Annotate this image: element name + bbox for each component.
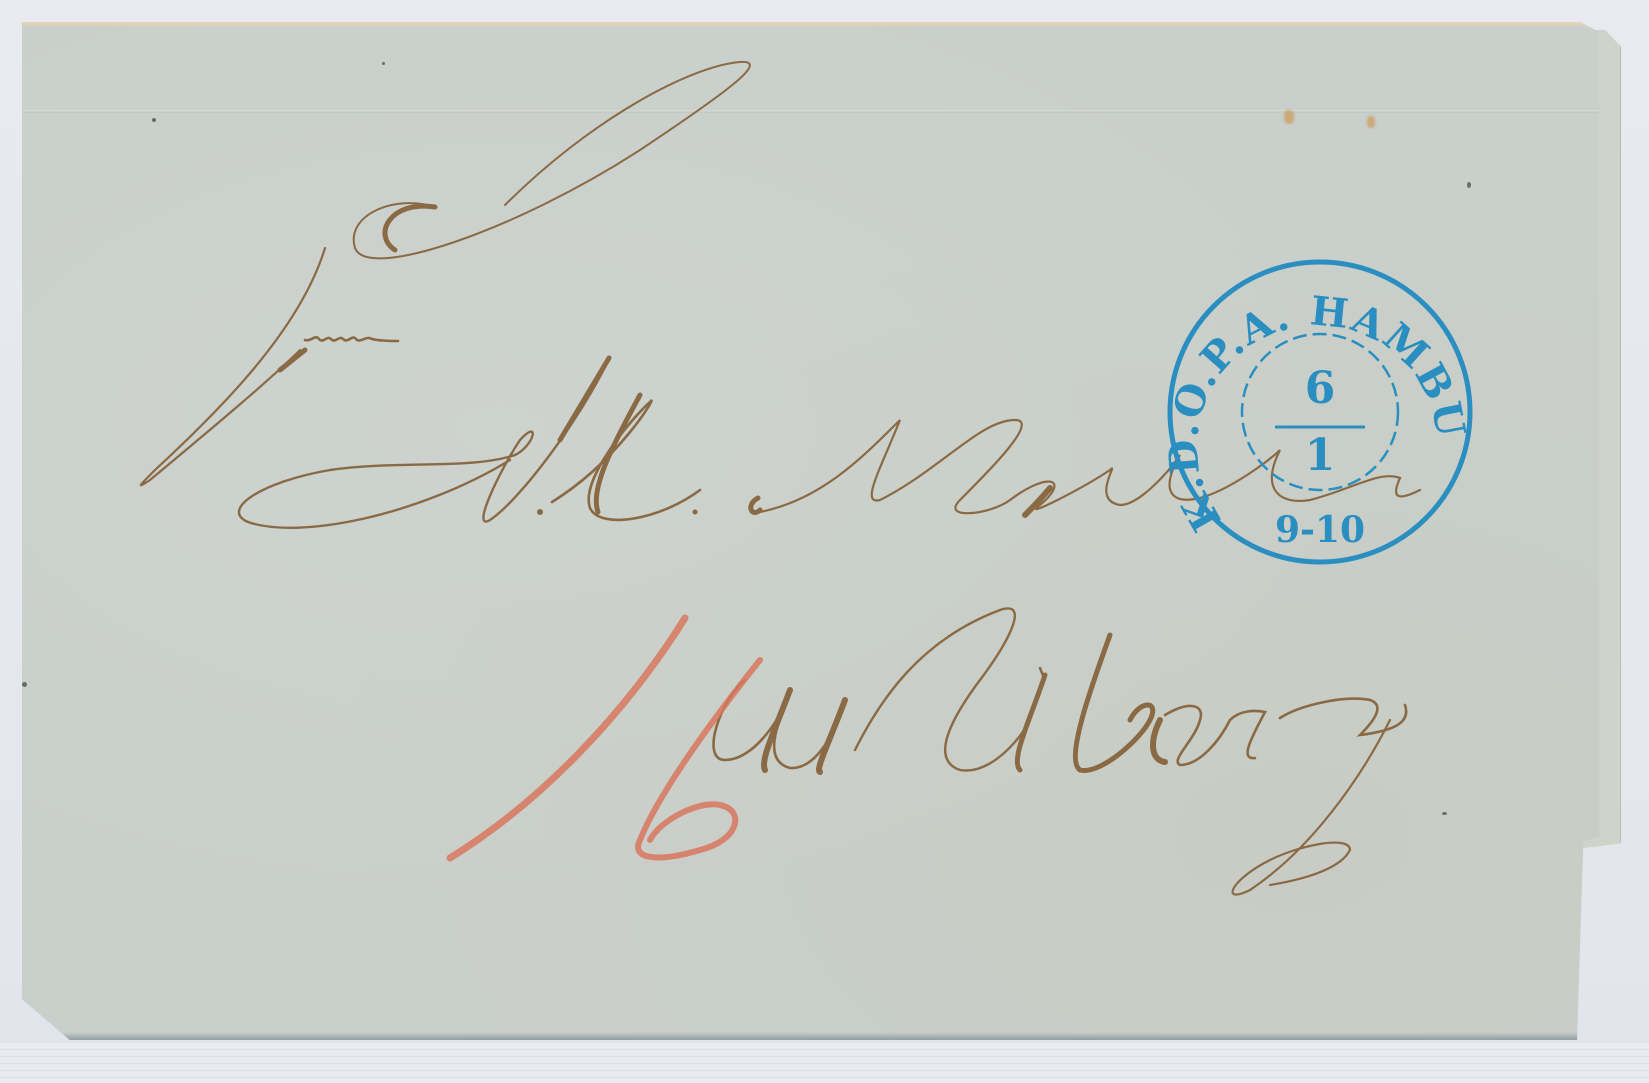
handwriting-layer: K.D.O.P.A. HAMBURG 6 1 9-10	[0, 0, 1649, 1083]
destination-wiborg	[714, 608, 1407, 894]
addressee-name	[239, 357, 1420, 528]
postmark-time: 9-10	[1275, 509, 1365, 551]
salutation-herrn	[141, 62, 750, 485]
postmark-date-day: 6	[1305, 363, 1336, 414]
postmark-date-month: 1	[1305, 430, 1336, 481]
postmark-kdopa-hamburg: K.D.O.P.A. HAMBURG 6 1 9-10	[0, 0, 1475, 562]
